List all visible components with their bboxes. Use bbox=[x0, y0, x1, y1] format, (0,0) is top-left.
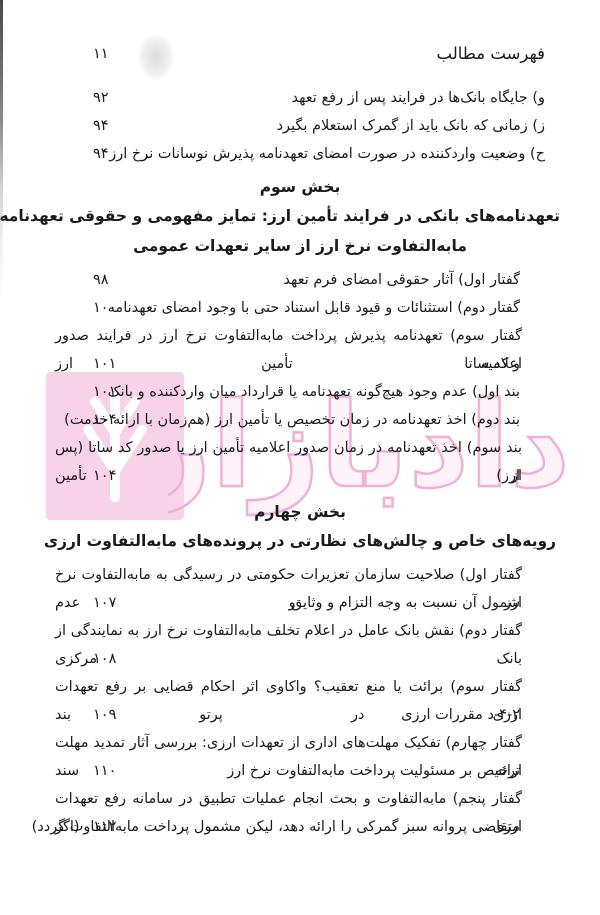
toc-line: بخش چهارم bbox=[0, 498, 600, 526]
page-number: ۱۰۹ bbox=[93, 701, 116, 729]
toc-line: متقاضی پروانه سبز گمرکی را ارائه دهد، لی… bbox=[0, 813, 600, 841]
page-number: ۹۴ bbox=[93, 112, 109, 140]
toc-line: گفتار اول) صلاحیت سازمان تعزیرات حکومتی … bbox=[0, 561, 600, 589]
toc-line: رویه‌های خاص و چالش‌های نظارتی در پرونده… bbox=[0, 526, 600, 556]
toc-text: شمول آن نسبت به وجه التزام و وثایق bbox=[291, 595, 520, 611]
toc-line: بند اول) عدم وجود هیچ‌گونه تعهدنامه یا ق… bbox=[0, 378, 600, 406]
toc-line: گفتار سوم) تعهدنامه پذیرش پرداخت مابه‌ال… bbox=[0, 322, 600, 350]
toc-line: بند سوم) اخذ تعهدنامه در زمان صدور اعلام… bbox=[0, 434, 600, 462]
toc-text: مابه‌التفاوت نرخ ارز از سایر تعهدات عموم… bbox=[133, 237, 467, 255]
page-number: ۱۱۰ bbox=[93, 757, 116, 785]
toc-text: ارز) bbox=[496, 468, 520, 484]
scan-edge-artifact bbox=[0, 0, 3, 300]
toc-line: ۱۰۸ bbox=[0, 645, 600, 673]
toc-text: گفتار دوم) استثنائات و قیود قابل استناد … bbox=[108, 300, 520, 316]
toc-line: ارز) ۱۰۴ bbox=[0, 462, 600, 490]
page-number: ۹۴ bbox=[93, 140, 109, 168]
page-number: ۱۰۱ bbox=[93, 378, 116, 406]
page-number: ۱۰۴ bbox=[93, 406, 116, 434]
toc-text: ترخیص بر مسئولیت پرداخت مابه‌التفاوت نرخ… bbox=[227, 763, 520, 779]
toc-lines: و) جایگاه بانک‌ها در فرایند پس از رفع تع… bbox=[0, 84, 600, 841]
page-number: ۹۸ bbox=[93, 266, 109, 294]
toc-line: گفتار دوم) نقش بانک عامل در اعلام تخلف م… bbox=[0, 617, 600, 645]
toc-text: گفتار اول) آثار حقوقی امضای فرم تعهد bbox=[283, 272, 520, 288]
toc-line: گفتار سوم) برائت یا منع تعقیب؟ واکاوی اث… bbox=[0, 673, 600, 701]
toc-line: گفتار پنجم) مابه‌التفاوت و بحث انجام عمل… bbox=[0, 785, 600, 813]
toc-content: فهرست مطالب ۱۱ و) جایگاه بانک‌ها در فرای… bbox=[0, 0, 600, 841]
toc-line: بخش سوم bbox=[0, 173, 600, 201]
toc-line: تعهدنامه‌های بانکی در فرایند تأمین ارز: … bbox=[0, 201, 600, 231]
toc-line: و کد ساتا ۱۰۱ bbox=[0, 350, 600, 378]
page-number: ۱۰۰ bbox=[93, 294, 116, 322]
toc-text: ۴-۲-د مقررات ارزی bbox=[401, 707, 520, 723]
toc-text: و) جایگاه بانک‌ها در فرایند پس از رفع تع… bbox=[292, 90, 545, 106]
header-page-number: ۱۱ bbox=[93, 40, 109, 68]
toc-line: ز) زمانی که بانک باید از گمرک استعلام بگ… bbox=[0, 112, 600, 140]
page-number: ۱۰۷ bbox=[93, 589, 116, 617]
toc-text: بند دوم) اخذ تعهدنامه در زمان تخصیص یا ت… bbox=[64, 412, 520, 428]
toc-text: بخش چهارم bbox=[254, 503, 346, 521]
toc-line: بند دوم) اخذ تعهدنامه در زمان تخصیص یا ت… bbox=[0, 406, 600, 434]
toc-text: و کد ساتا bbox=[464, 356, 520, 372]
toc-line: ترخیص بر مسئولیت پرداخت مابه‌التفاوت نرخ… bbox=[0, 757, 600, 785]
page-number: ۱۱۲ bbox=[93, 813, 116, 841]
scanned-book-page: دادبازار فهرست مطالب ۱۱ و) جایگاه بانک‌ه… bbox=[0, 0, 600, 915]
toc-text: بخش سوم bbox=[260, 178, 341, 196]
toc-line: مابه‌التفاوت نرخ ارز از سایر تعهدات عموم… bbox=[0, 231, 600, 261]
toc-line: ح) وضعیت واردکننده در صورت امضای تعهدنام… bbox=[0, 140, 600, 168]
page-title: فهرست مطالب bbox=[0, 40, 600, 68]
toc-text: ح) وضعیت واردکننده در صورت امضای تعهدنام… bbox=[109, 146, 545, 162]
toc-header: فهرست مطالب ۱۱ bbox=[0, 40, 600, 68]
toc-text: بند اول) عدم وجود هیچ‌گونه تعهدنامه یا ق… bbox=[108, 384, 520, 400]
toc-line: ۴-۲-د مقررات ارزی ۱۰۹ bbox=[0, 701, 600, 729]
toc-line: گفتار چهارم) تفکیک مهلت‌های اداری از تعه… bbox=[0, 729, 600, 757]
page-number: ۱۰۸ bbox=[93, 645, 116, 673]
toc-line: گفتار اول) آثار حقوقی امضای فرم تعهد ۹۸ bbox=[0, 266, 600, 294]
toc-text: ز) زمانی که بانک باید از گمرک استعلام بگ… bbox=[277, 118, 545, 134]
toc-text: رویه‌های خاص و چالش‌های نظارتی در پرونده… bbox=[44, 532, 556, 550]
toc-text: تعهدنامه‌های بانکی در فرایند تأمین ارز: … bbox=[0, 207, 560, 225]
toc-line: شمول آن نسبت به وجه التزام و وثایق ۱۰۷ bbox=[0, 589, 600, 617]
toc-line: گفتار دوم) استثنائات و قیود قابل استناد … bbox=[0, 294, 600, 322]
toc-line: و) جایگاه بانک‌ها در فرایند پس از رفع تع… bbox=[0, 84, 600, 112]
page-number: ۱۰۱ bbox=[93, 350, 116, 378]
page-number: ۹۲ bbox=[93, 84, 109, 112]
page-number: ۱۰۴ bbox=[93, 462, 116, 490]
